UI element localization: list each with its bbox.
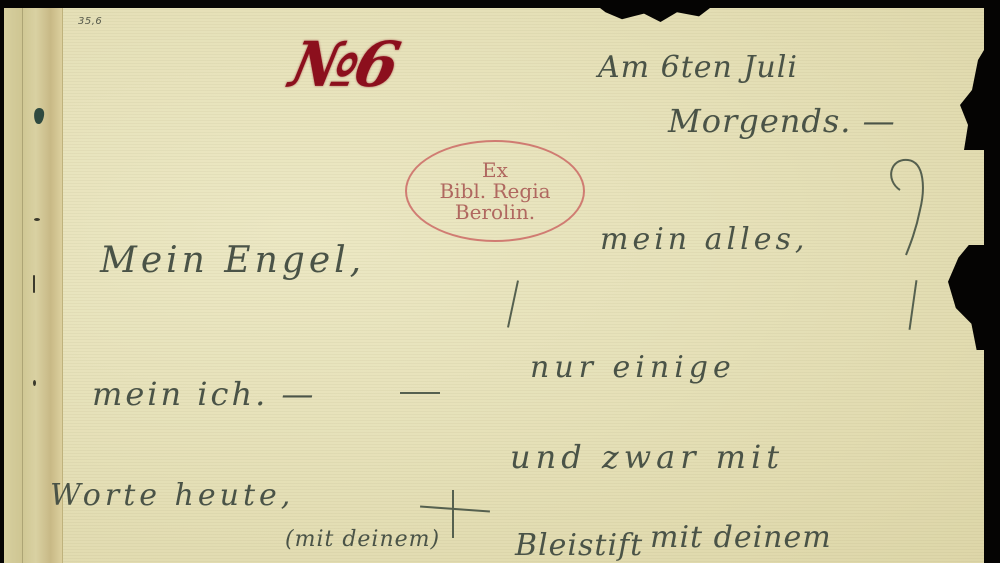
handwritten-line: nur einige xyxy=(530,350,736,385)
library-stamp: Ex Bibl. Regia Berolin. xyxy=(405,140,585,242)
handwritten-line: und zwar mit xyxy=(510,438,784,476)
stamp-line-1: Ex xyxy=(482,160,508,181)
ink-speck xyxy=(34,218,40,221)
handwritten-line: Mein Engel, xyxy=(100,240,365,281)
red-number-mark: №6 xyxy=(284,28,402,101)
folio-number: 35,6 xyxy=(78,16,102,27)
pen-stroke-loop xyxy=(880,150,930,260)
pen-stroke-cross-vertical xyxy=(452,490,454,538)
handwritten-line: (mit deinem) xyxy=(285,527,440,552)
torn-edge-right xyxy=(984,0,1000,563)
stamp-line-2: Bibl. Regia xyxy=(439,181,550,202)
handwritten-line: Morgends. — xyxy=(668,102,896,140)
handwritten-line: Bleistift xyxy=(515,528,643,563)
handwritten-line: mein ich. — xyxy=(92,375,316,413)
binding-fold-line xyxy=(22,8,23,563)
handwritten-line: Am 6ten Juli xyxy=(598,50,798,85)
torn-edge-top-strip xyxy=(0,0,1000,8)
ink-speck xyxy=(33,380,36,386)
pen-stroke-dash xyxy=(400,392,440,394)
handwritten-line: Worte heute, xyxy=(50,478,294,513)
handwritten-line: mein alles, xyxy=(600,222,808,257)
handwritten-line: mit deinem xyxy=(650,520,832,555)
stamp-line-3: Berolin. xyxy=(455,202,535,223)
ink-speck xyxy=(33,275,35,293)
